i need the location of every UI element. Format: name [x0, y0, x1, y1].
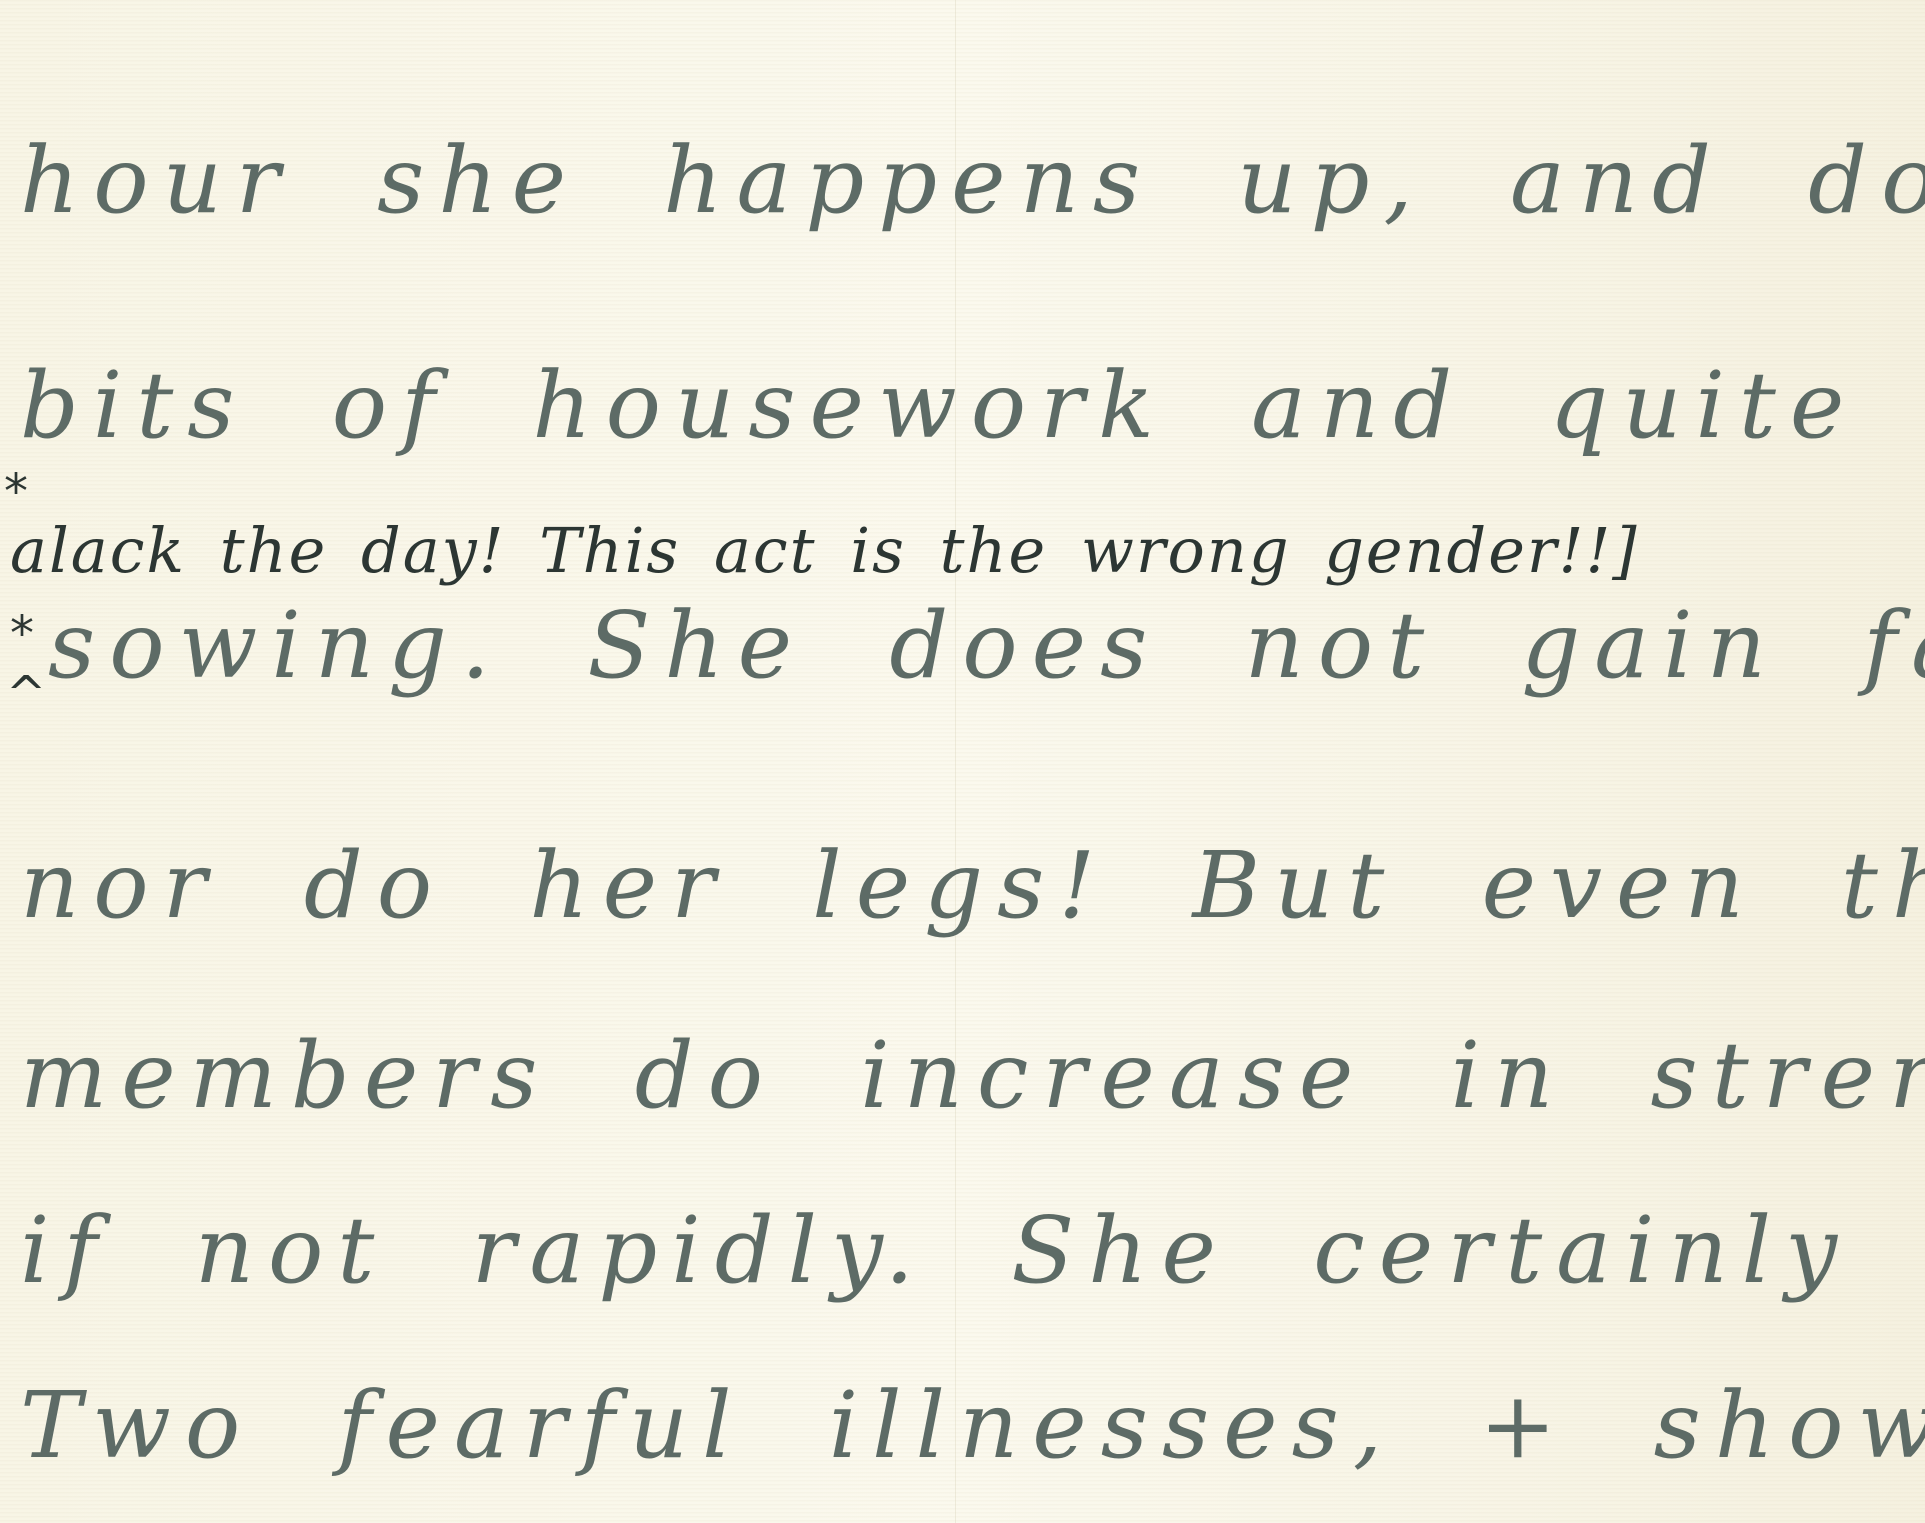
handwritten-line-3: sowing. She does not gain fast;	[48, 600, 1925, 692]
margin-insertion-note: alack the day! This act is the wrong gen…	[10, 520, 1639, 582]
letter-page: hour she happens up, and does bits of ho…	[0, 0, 1925, 1523]
handwritten-line-1: hour she happens up, and does	[20, 135, 1925, 227]
handwritten-line-2: bits of housework and quite a little	[20, 360, 1925, 452]
handwritten-line-5: members do increase in strength	[20, 1030, 1925, 1122]
handwritten-line-4: nor do her legs! But even those	[20, 840, 1925, 932]
handwritten-line-6: if not rapidly. She certainly had	[20, 1205, 1925, 1297]
handwritten-line-7: Two fearful illnesses, + shows the	[20, 1380, 1925, 1472]
insertion-caret: ^	[6, 670, 46, 718]
insertion-marker-top: *	[4, 468, 28, 516]
insertion-marker-line-3: *	[10, 610, 34, 658]
